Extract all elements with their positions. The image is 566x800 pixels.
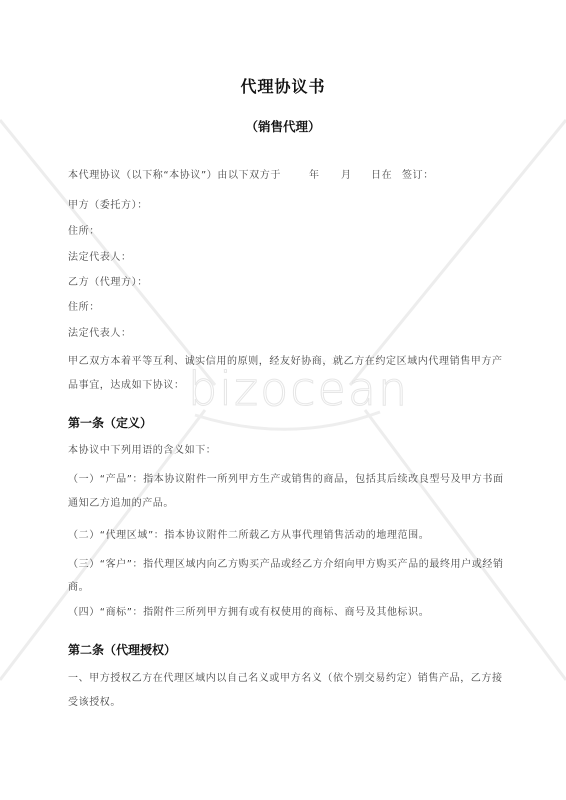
- intro-year: 年: [309, 166, 320, 181]
- definition-1-line-1: （一）“产品”：指本协议附件一所列甲方生产或销售的商品，包括其后续改良型号及甲方…: [68, 470, 504, 485]
- definition-3-line-2: 商。: [68, 578, 89, 593]
- party-b-label: 乙方（代理方）：: [68, 273, 148, 288]
- article-1-lead: 本协议中下列用语的含义如下：: [68, 441, 216, 456]
- article-2-clause-1-line-2: 受该授权。: [68, 693, 121, 708]
- intro-signed: 签订：: [402, 166, 434, 181]
- intro-line: 本代理协议（以下称“本协议”）由以下双方于 年 月 日在 签订：: [68, 166, 281, 181]
- definition-3-line-1: （三）“客户”：指代理区域内向乙方购买产品或经乙方介绍向甲方购买产品的最终用户或…: [68, 555, 504, 570]
- article-1-heading: 第一条（定义）: [68, 414, 152, 431]
- article-2-clause-1-line-1: 一、甲方授权乙方在代理区域内以自己名义或甲方名义（依个别交易约定）销售产品，乙方…: [68, 669, 503, 684]
- document-title: 代理协议书: [0, 74, 566, 97]
- party-b-legal-rep: 法定代表人：: [68, 324, 132, 339]
- intro-text: 本代理协议（以下称“本协议”）由以下双方于: [68, 166, 281, 181]
- intro-day-at: 日在: [371, 166, 392, 181]
- intro-month: 月: [341, 166, 352, 181]
- definition-1-line-2: 通知乙方追加的产品。: [68, 494, 174, 509]
- definition-2: （二）“代理区域”：指本协议附件二所载乙方从事代理销售活动的地理范围。: [68, 526, 429, 541]
- preamble-line-2: 品事宜，达成如下协议：: [68, 376, 185, 391]
- document-page: 代理协议书 （销售代理） 本代理协议（以下称“本协议”）由以下双方于 年 月 日…: [0, 0, 566, 800]
- document-subtitle: （销售代理）: [0, 117, 566, 135]
- article-2-heading: 第二条（代理授权）: [68, 641, 176, 658]
- definition-4: （四）“商标”：指附件三所列甲方拥有或有权使用的商标、商号及其他标识。: [68, 603, 429, 618]
- party-a-label: 甲方（委托方）：: [68, 196, 148, 211]
- party-a-legal-rep: 法定代表人：: [68, 248, 132, 263]
- preamble-line-1: 甲乙双方本着平等互利、诚实信用的原则，经友好协商，就乙方在约定区域内代理销售甲方…: [68, 352, 503, 367]
- party-a-address: 住所：: [68, 222, 100, 237]
- party-b-address: 住所：: [68, 298, 100, 313]
